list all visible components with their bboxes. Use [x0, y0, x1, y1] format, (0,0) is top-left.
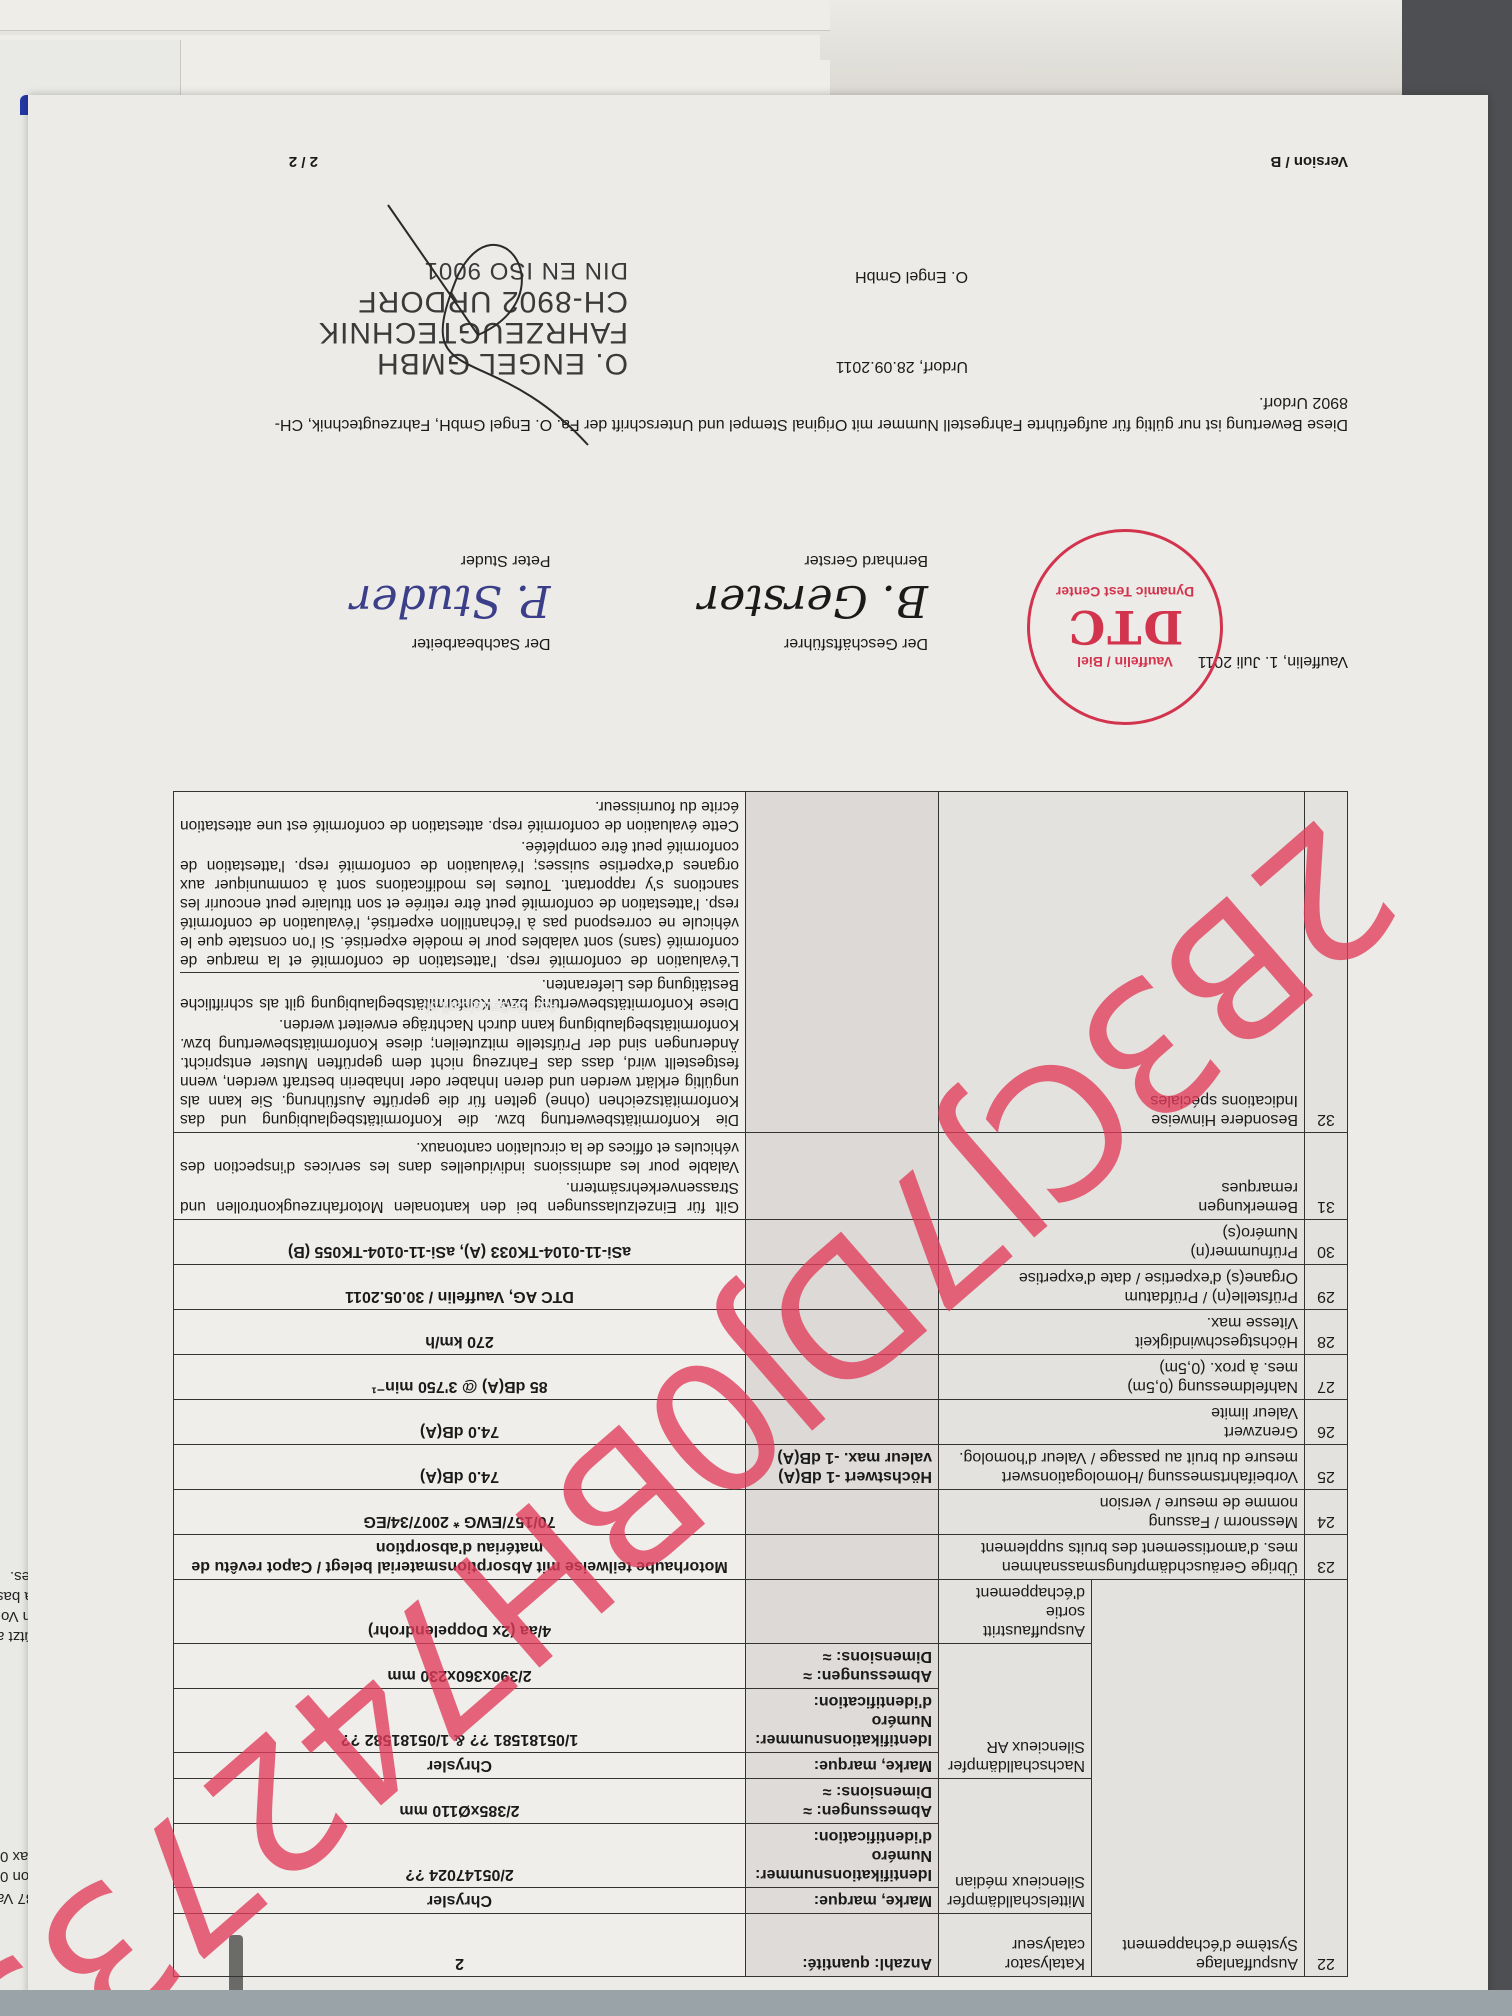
empty-cell — [746, 792, 939, 1133]
empty-cell — [746, 1535, 939, 1580]
field-value: 74.0 dB(A) — [174, 1400, 746, 1445]
empty-cell — [746, 1220, 939, 1265]
remarks-fr: Valable pour les admissions individuelle… — [180, 1138, 739, 1176]
label-de: Bemerkungen — [945, 1197, 1298, 1216]
part-label: Nachschalldämpfer Silencieux AR — [939, 1644, 1092, 1779]
label-fr: nomme de mesure / version — [945, 1493, 1298, 1512]
empty-cell — [746, 1580, 939, 1644]
row-number: 25 — [1305, 1445, 1348, 1490]
table-row: 26 Grenzwert Valeur limite 74.0 dB(A) — [174, 1400, 1348, 1445]
row-label: Prüfnummer(n) Numéro(s) — [939, 1220, 1305, 1265]
row-label: Grenzwert Valeur limite — [939, 1400, 1305, 1445]
field-value: 1/05181581 ?? & 1/05181582 ?? — [174, 1689, 746, 1753]
field-label: Marke, marque: — [746, 1888, 939, 1914]
row-label: Bemerkungen remarques — [939, 1133, 1305, 1220]
engel-signature-scribble — [368, 195, 608, 455]
field-value: 2 — [174, 1914, 746, 1977]
table-row: 23 Übrige Geräuschdämpfungsmassnahmen me… — [174, 1535, 1348, 1580]
part-fr: Silencieux AR — [945, 1737, 1085, 1756]
label-de: Vorbeifahrtsmessung /Homologationswert — [945, 1467, 1298, 1486]
dtc-logo: DTC — [1067, 600, 1184, 654]
name-studer: Peter Studer — [173, 551, 551, 569]
row-label: Vorbeifahrtsmessung /Homologationswert m… — [939, 1445, 1305, 1490]
sub-label: Höchstwert -1 dB(A) — [752, 1467, 932, 1486]
page-number: 2 / 2 — [289, 153, 318, 170]
field-value: 2/05147024 ?? — [174, 1824, 746, 1888]
notes-de: Die Konformitätsbewertung bzw. die Konfo… — [180, 1015, 739, 1129]
row-number: 30 — [1305, 1220, 1348, 1265]
label-de: Messnorm / Fassung — [945, 1512, 1298, 1531]
row-number: 23 — [1305, 1535, 1348, 1580]
stamp-ring-text: Dynamic Test Center — [1056, 584, 1194, 600]
remarks-text: Gilt für Einzelzulassungen bei den kanto… — [174, 1133, 746, 1220]
specification-table: 22 Auspuffanlage Système d'échappement K… — [173, 791, 1348, 1977]
row-label: Messnorm / Fassung nomme de mesure / ver… — [939, 1490, 1305, 1535]
field-value: 85 dB(A) @ 3'750 min⁻¹ — [174, 1355, 746, 1400]
part-de: Katalysator — [945, 1954, 1085, 1973]
label-de: Auspuffanlage — [1098, 1954, 1298, 1973]
notes-fr: L'évaluation de conformité resp. l'attes… — [180, 837, 739, 973]
part-fr: sortie d'échappement — [945, 1583, 1085, 1621]
bottom-surface — [0, 1990, 1512, 2016]
table-row: 27 Nahfeldmessung (0,5m) mes. à prox. (0… — [174, 1355, 1348, 1400]
label-fr: Numéro(s) — [945, 1223, 1298, 1242]
part-label: Mittelschalldämpfer Silencieux médian — [939, 1779, 1092, 1914]
table-row: 22 Auspuffanlage Système d'échappement K… — [174, 1914, 1348, 1977]
empty-cell — [746, 1310, 939, 1355]
label-de: Prüfstelle(n) / Prüfdatum — [945, 1287, 1298, 1306]
version-label: Version / B — [1270, 153, 1348, 170]
engel-place-date: Urdorf, 28.09.2011 — [836, 357, 968, 375]
field-value: aSi-11-0104-TK033 (A), aSi-11-0104-TK055… — [174, 1220, 746, 1265]
row-number: 31 — [1305, 1133, 1348, 1220]
row-number: 22 — [1305, 1580, 1348, 1977]
role-clerk: Der Sachbearbeiter — [173, 634, 551, 652]
part-de: Auspuffaustritt — [945, 1621, 1085, 1640]
special-notes-text: Die Konformitätsbewertung bzw. die Konfo… — [174, 792, 746, 1133]
table-row: 28 Höchstgeschwindigkeit Vitesse max. 27… — [174, 1310, 1348, 1355]
empty-cell — [746, 1265, 939, 1310]
sub-label: valeur max. -1 dB(A) — [752, 1448, 932, 1467]
empty-cell — [746, 1133, 939, 1220]
field-value: DTC AG, Vauffelin / 30.05.2011 — [174, 1265, 746, 1310]
label-fr: Vitesse max. — [945, 1313, 1298, 1332]
field-value: 74.0 dB(A) — [174, 1445, 746, 1490]
label-de: Besondere Hinweise — [945, 1110, 1298, 1129]
table-row: 29 Prüfstelle(n) / Prüfdatum Organe(s) d… — [174, 1265, 1348, 1310]
field-value: Chrysler — [174, 1753, 746, 1779]
row-number: 24 — [1305, 1490, 1348, 1535]
background-sheet — [0, 0, 830, 31]
field-label: Marke, marque: — [746, 1753, 939, 1779]
row-label: Nahfeldmessung (0,5m) mes. à prox. (0,5m… — [939, 1355, 1305, 1400]
label-fr: Système d'échappement — [1098, 1935, 1298, 1954]
notes-fr-2: Cette évaluation de conformité resp. att… — [180, 797, 739, 835]
field-value: Motorhaube teilweise mit Absorptionsmate… — [174, 1535, 746, 1580]
empty-cell — [746, 1400, 939, 1445]
row-number: 29 — [1305, 1265, 1348, 1310]
empty-cell — [746, 1355, 939, 1400]
table-row: 31 Bemerkungen remarques Gilt für Einzel… — [174, 1133, 1348, 1220]
remarks-de: Gilt für Einzelzulassungen bei den kanto… — [180, 1178, 739, 1216]
row-number: 28 — [1305, 1310, 1348, 1355]
label-fr: Organe(s) d'expertise / date d'expertise — [945, 1268, 1298, 1287]
field-label: Höchstwert -1 dB(A) valeur max. -1 dB(A) — [746, 1445, 939, 1490]
field-label: Identifikationsnummer: Numéro d'identifi… — [746, 1824, 939, 1888]
table-row: 30 Prüfnummer(n) Numéro(s) aSi-11-0104-T… — [174, 1220, 1348, 1265]
stamp-ring-text: Vauffelin / Biel — [1077, 654, 1173, 670]
row-number: 32 — [1305, 792, 1348, 1133]
dtc-stamp: Vauffelin / Biel DTC Dynamic Test Center — [1027, 529, 1223, 725]
row-number: 26 — [1305, 1400, 1348, 1445]
row-number: 27 — [1305, 1355, 1348, 1400]
field-label: Identifikationsnummer: Numéro d'identifi… — [746, 1689, 939, 1753]
field-value: 2/390x360x230 mm — [174, 1644, 746, 1689]
label-fr: Valeur limite — [945, 1403, 1298, 1422]
table-row: 32 Besondere Hinweise Indications spécia… — [174, 792, 1348, 1133]
label-de: Nahfeldmessung (0,5m) — [945, 1377, 1298, 1396]
label-de: Höchstgeschwindigkeit — [945, 1332, 1298, 1351]
label-de: Prüfnummer(n) — [945, 1242, 1298, 1261]
row-label: Übrige Geräuschdämpfungsmassnahmen mes. … — [939, 1535, 1305, 1580]
table-row: 25 Vorbeifahrtsmessung /Homologationswer… — [174, 1445, 1348, 1490]
ink-smudge — [229, 1935, 243, 1995]
photo-watermark: AutaZeSzwajcarii.pl — [426, 998, 558, 1015]
label-fr: remarques — [945, 1178, 1298, 1197]
part-de: Nachschalldämpfer — [945, 1756, 1085, 1775]
part-fr: Silencieux médian — [945, 1872, 1085, 1891]
name-gerster: Bernhard Gerster — [551, 551, 929, 569]
part-fr: catalyseur — [945, 1935, 1085, 1954]
part-label: Katalysator catalyseur — [939, 1914, 1092, 1977]
row-label: Besondere Hinweise Indications spéciales — [939, 792, 1305, 1133]
row-label: Auspuffanlage Système d'échappement — [1092, 1580, 1305, 1977]
label-de: Übrige Geräuschdämpfungsmassnahmen — [945, 1557, 1298, 1576]
label-fr: Indications spéciales — [945, 1091, 1298, 1110]
field-value: 4/aa (2x Doppelendrohr) — [174, 1580, 746, 1644]
label-fr: mes. d'amortissement des bruits suppleme… — [945, 1538, 1298, 1557]
field-label: Abmessungen: ≈ Dimensions: ≈ — [746, 1779, 939, 1824]
field-value: 2/385xØ110 mm — [174, 1779, 746, 1824]
engel-company: O. Engel GmbH — [855, 267, 968, 285]
empty-cell — [746, 1490, 939, 1535]
role-director: Der Geschäftsführer — [551, 634, 929, 652]
field-label: Anzahl: quantité: — [746, 1914, 939, 1977]
signature-gerster: B. Gerster — [551, 575, 929, 626]
label-fr: mesure du bruit au passage / Valeur d'ho… — [945, 1448, 1298, 1467]
signature-studer: P. Studer — [173, 575, 551, 626]
field-value: Chrysler — [174, 1888, 746, 1914]
field-label: Abmessungen: ≈ Dimensions: ≈ — [746, 1644, 939, 1689]
row-label: Höchstgeschwindigkeit Vitesse max. — [939, 1310, 1305, 1355]
label-de: Grenzwert — [945, 1422, 1298, 1441]
part-de: Mittelschalldämpfer — [945, 1891, 1085, 1910]
homologation-document: 22 Auspuffanlage Système d'échappement K… — [28, 95, 1488, 2015]
row-label: Prüfstelle(n) / Prüfdatum Organe(s) d'ex… — [939, 1265, 1305, 1310]
field-value: 70/157/EWG * 2007/34/EG — [174, 1490, 746, 1535]
field-value: 270 km/h — [174, 1310, 746, 1355]
part-label: Auspuffaustritt sortie d'échappement — [939, 1580, 1092, 1644]
table-row: 24 Messnorm / Fassung nomme de mesure / … — [174, 1490, 1348, 1535]
label-fr: mes. à prox. (0,5m) — [945, 1358, 1298, 1377]
